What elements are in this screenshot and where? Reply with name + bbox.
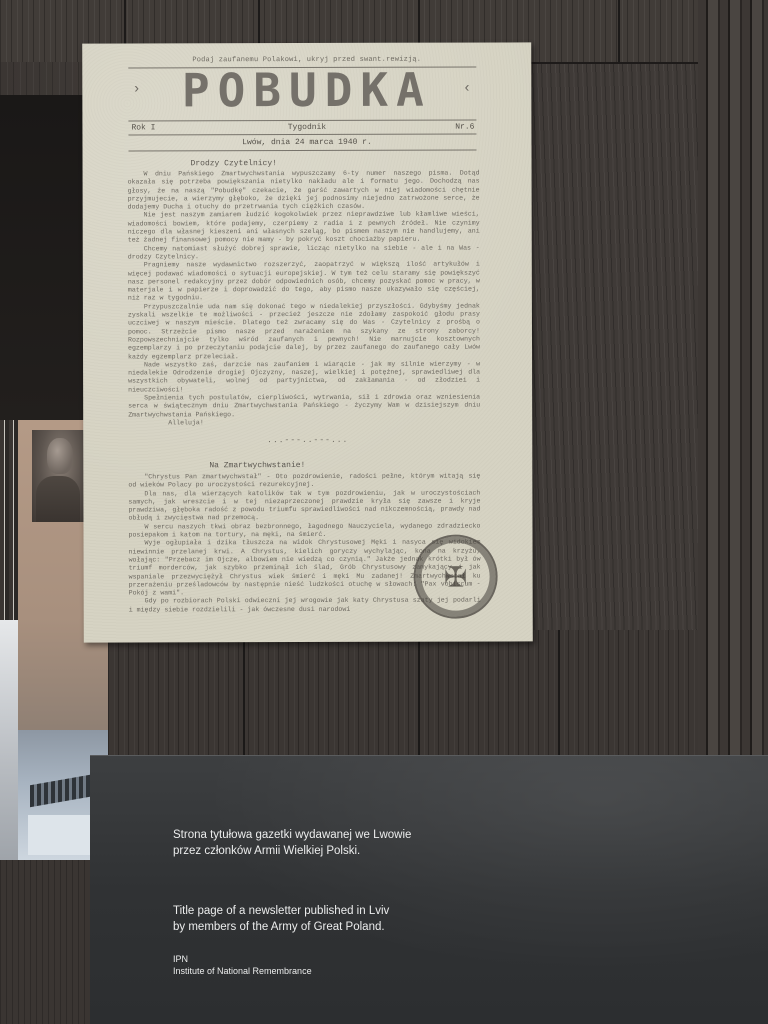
paragraph: Dla nas, dla wierzących katolików tak w … — [128, 489, 480, 523]
newspaper-page: Podaj zaufanemu Polakowi, ukryj przed sw… — [82, 42, 533, 642]
paragraph: Nade wszystko zaś, darzcie nas zaufaniem… — [128, 360, 480, 394]
rule — [128, 150, 476, 152]
paragraph: Pragniemy nasze wydawnictwo rozszerzyć, … — [128, 261, 480, 303]
eagle-emblem-icon: ✠ — [444, 560, 468, 593]
caption-polish: Strona tytułowa gazetki wydawanej we Lwo… — [173, 827, 411, 859]
section-body: W dniu Pańskiego Zmartwychwstania wypusz… — [128, 170, 481, 428]
portrait-body — [36, 476, 80, 522]
wall-panel-lower — [108, 630, 698, 755]
paragraph: "Chrystus Pan zmartwychwstał" - Oto pozd… — [128, 473, 480, 491]
paragraph: W dniu Pańskiego Zmartwychwstania wypusz… — [128, 170, 480, 212]
paragraph: Przypuszczalnie uda nam się dokonać tego… — [128, 302, 480, 361]
portrait-head — [47, 438, 73, 474]
paragraph: Nie jest naszym zamiarem łudzić kogokolw… — [128, 211, 480, 245]
background-window-light — [0, 620, 20, 860]
newspaper-issue: Nr.6 — [455, 123, 474, 132]
portrait-photo — [32, 430, 84, 522]
section-heading: Drodzy Czytelnicy! — [191, 159, 277, 168]
caption-plaque: Strona tytułowa gazetki wydawanej we Lwo… — [90, 755, 768, 1024]
caption-line: Title page of a newsletter published in … — [173, 903, 389, 919]
paragraph: Chcemy natomiast służyć dobrej sprawie, … — [128, 244, 480, 262]
caption-line: by members of the Army of Great Poland. — [173, 919, 389, 935]
caption-line: Strona tytułowa gazetki wydawanej we Lwo… — [173, 827, 411, 843]
archive-stamp: ✠ — [414, 535, 498, 619]
wall-strips-right — [698, 0, 768, 760]
caption-source: IPN Institute of National Remembrance — [173, 953, 312, 977]
source-name: Institute of National Remembrance — [173, 965, 312, 977]
caption-english: Title page of a newsletter published in … — [173, 903, 389, 935]
typewriter-keys — [30, 775, 90, 808]
wall-bottom-left — [0, 860, 90, 1024]
typewriter-paper — [28, 815, 98, 855]
dark-opening — [0, 95, 93, 420]
separator: ...---..---... — [83, 435, 532, 445]
rule — [128, 134, 476, 136]
closing: Alleluja! — [128, 418, 480, 427]
chevron-left-icon: ‹ — [463, 81, 471, 97]
newspaper-dateline: Lwów, dnia 24 marca 1940 r. — [82, 137, 531, 147]
source-abbr: IPN — [173, 953, 312, 965]
paragraph: Spełnienia tych postulatów, cierpliwości… — [128, 394, 480, 420]
section-heading: Na Zmartwychwstanie! — [209, 461, 305, 470]
caption-line: przez członków Armii Wielkiej Polski. — [173, 843, 411, 859]
paragraph: W sercu naszych tkwi obraz bezbronnego, … — [128, 522, 480, 540]
rule — [128, 120, 476, 122]
